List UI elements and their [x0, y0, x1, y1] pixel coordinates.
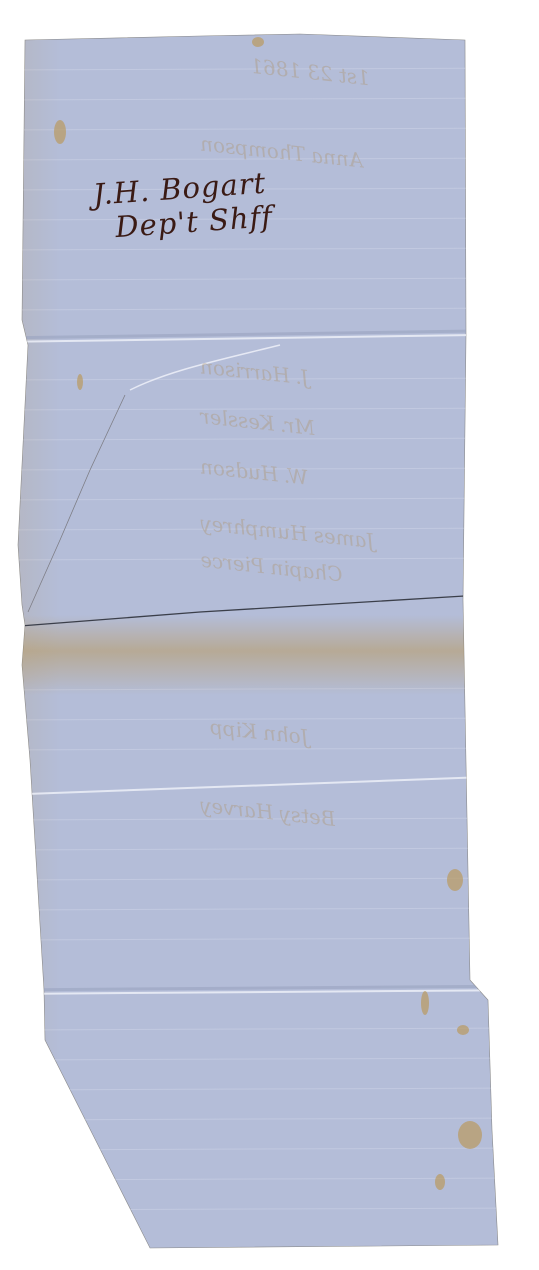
document-scan: 1st 23 1861 Anna Thompson J. Harrison Mr… [0, 0, 539, 1270]
signature: J.H. Bogart Dep't Shff [88, 167, 274, 244]
